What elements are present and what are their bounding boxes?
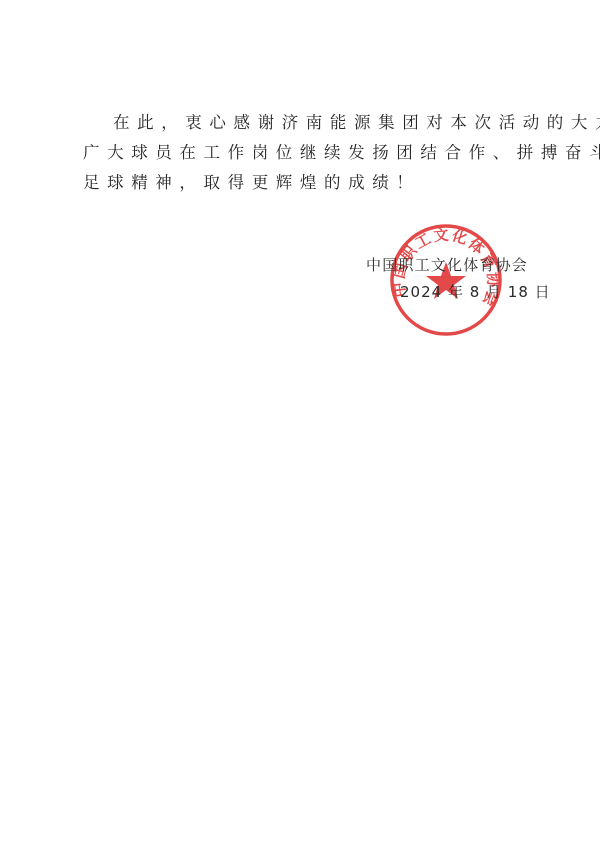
signature-organization: 中国职工文化体育协会 [366,256,528,274]
official-seal-stamp: 中国职工文化体育协会 [388,222,504,338]
body-line-1: 在此，衷心感谢济南能源集团对本次活动的大力支持！祝愿 [113,113,600,133]
body-line-3: 足球精神，取得更辉煌的成绩！ [83,173,420,193]
body-line-2: 广大球员在工作岗位继续发扬团结合作、拼搏奋斗、坚韧不拔的 [83,143,600,163]
signature-date: 2024 年 8 月 18 日 [400,283,551,301]
